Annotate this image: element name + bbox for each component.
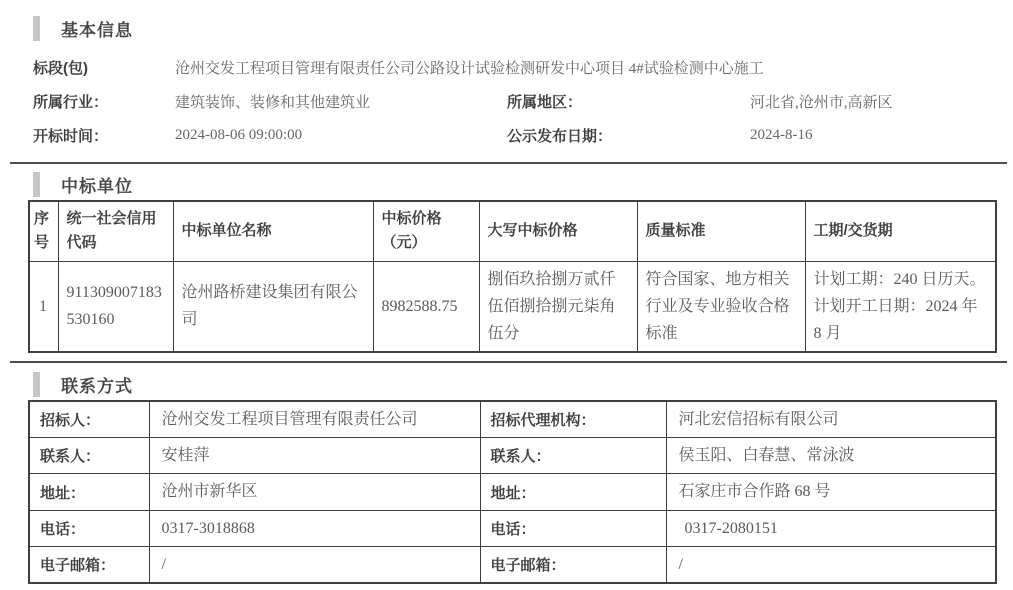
col-header-company: 中标单位名称 [173, 201, 373, 261]
tenderer-label: 招标人： [29, 401, 149, 438]
winning-bidder-data-row: 1 911309007183530160 沧州路桥建设集团有限公司 898258… [29, 261, 996, 352]
col-header-price-words: 大写中标价格 [479, 201, 637, 261]
quality-standard-cell: 符合国家、地方相关行业及专业验收合格标准 [637, 261, 805, 352]
basic-info-fields: 标段(包) 沧州交发工程项目管理有限责任公司公路设计试验检测研发中心项目 4#试… [33, 50, 995, 152]
contact-row-person: 联系人： 安桂萍 联系人： 侯玉阳、白春慧、常泳波 [29, 438, 996, 474]
agency-phone-label: 电话： [480, 510, 666, 546]
agency-address-label: 地址： [480, 474, 666, 510]
time-date-row: 开标时间： 2024-08-06 09:00:00 公示发布日期： 2024-8… [33, 118, 995, 152]
contact-table: 招标人： 沧州交发工程项目管理有限责任公司 招标代理机构： 河北宏信招标有限公司… [28, 400, 997, 584]
winning-bidder-table: 序号 统一社会信用代码 中标单位名称 中标价格 （元） 大写中标价格 质量标准 … [28, 200, 997, 353]
bid-opening-time-value: 2024-08-06 09:00:00 [175, 127, 507, 144]
col-header-quality: 质量标准 [637, 201, 805, 261]
tenderer-address-value: 沧州市新华区 [149, 474, 480, 510]
publish-date-value: 2024-8-16 [750, 127, 995, 144]
agency-label: 招标代理机构： [480, 401, 666, 438]
page-container: 基本信息 标段(包) 沧州交发工程项目管理有限责任公司公路设计试验检测研发中心项… [0, 0, 1013, 590]
section-accent-bar [33, 172, 40, 197]
tenderer-contact-label: 联系人： [29, 438, 149, 474]
section-accent-bar [33, 16, 40, 41]
contact-title: 联系方式 [61, 372, 133, 397]
tenderer-address-label: 地址： [29, 474, 149, 510]
col-header-price: 中标价格 （元） [373, 201, 479, 261]
agency-email-value: / [666, 546, 996, 583]
region-label: 所属地区： [507, 91, 750, 112]
industry-region-row: 所属行业： 建筑装饰、装修和其他建筑业 所属地区： 河北省,沧州市,高新区 [33, 84, 995, 118]
bid-section-label: 标段(包) [33, 57, 175, 78]
agency-value: 河北宏信招标有限公司 [666, 401, 996, 438]
col-header-duration: 工期/交货期 [805, 201, 996, 261]
agency-contact-label: 联系人： [480, 438, 666, 474]
bid-section-row: 标段(包) 沧州交发工程项目管理有限责任公司公路设计试验检测研发中心项目 4#试… [33, 50, 995, 84]
credit-code-cell: 911309007183530160 [58, 261, 173, 352]
tenderer-phone-label: 电话： [29, 510, 149, 546]
winning-bidder-header-row: 序号 统一社会信用代码 中标单位名称 中标价格 （元） 大写中标价格 质量标准 … [29, 201, 996, 261]
basic-info-section-header: 基本信息 [33, 15, 1013, 41]
agency-contact-value: 侯玉阳、白春慧、常泳波 [666, 438, 996, 474]
section-divider [10, 162, 1007, 164]
col-header-credit-code: 统一社会信用代码 [58, 201, 173, 261]
basic-info-title: 基本信息 [61, 16, 133, 41]
section-divider [10, 361, 1007, 363]
duration-cell: 计划工期：240 日历天。 计划开工日期：2024 年 8 月 [805, 261, 996, 352]
bid-section-value: 沧州交发工程项目管理有限责任公司公路设计试验检测研发中心项目 4#试验检测中心施… [175, 57, 995, 78]
agency-email-label: 电子邮箱： [480, 546, 666, 583]
tenderer-contact-value: 安桂萍 [149, 438, 480, 474]
winning-bidder-title: 中标单位 [61, 172, 133, 197]
publish-date-label: 公示发布日期： [507, 125, 750, 146]
price-words-cell: 捌佰玖拾捌万贰仟伍佰捌拾捌元柒角伍分 [479, 261, 637, 352]
company-cell: 沧州路桥建设集团有限公司 [173, 261, 373, 352]
tenderer-phone-value: 0317-3018868 [149, 510, 480, 546]
tenderer-email-label: 电子邮箱： [29, 546, 149, 583]
agency-phone-value: 0317-2080151 [666, 510, 996, 546]
tenderer-email-value: / [149, 546, 480, 583]
contact-section-header: 联系方式 [33, 371, 1013, 397]
seq-cell: 1 [29, 261, 58, 352]
price-cell: 8982588.75 [373, 261, 479, 352]
contact-row-phone: 电话： 0317-3018868 电话： 0317-2080151 [29, 510, 996, 546]
section-accent-bar [33, 372, 40, 397]
bid-opening-time-label: 开标时间： [33, 125, 175, 146]
winning-bidder-section-header: 中标单位 [33, 171, 1013, 197]
agency-address-value: 石家庄市合作路 68 号 [666, 474, 996, 510]
col-header-seq: 序号 [29, 201, 58, 261]
tenderer-value: 沧州交发工程项目管理有限责任公司 [149, 401, 480, 438]
contact-row-email: 电子邮箱： / 电子邮箱： / [29, 546, 996, 583]
industry-label: 所属行业： [33, 91, 175, 112]
industry-value: 建筑装饰、装修和其他建筑业 [175, 91, 507, 112]
contact-row-address: 地址： 沧州市新华区 地址： 石家庄市合作路 68 号 [29, 474, 996, 510]
contact-row-tenderer: 招标人： 沧州交发工程项目管理有限责任公司 招标代理机构： 河北宏信招标有限公司 [29, 401, 996, 438]
region-value: 河北省,沧州市,高新区 [750, 91, 995, 112]
